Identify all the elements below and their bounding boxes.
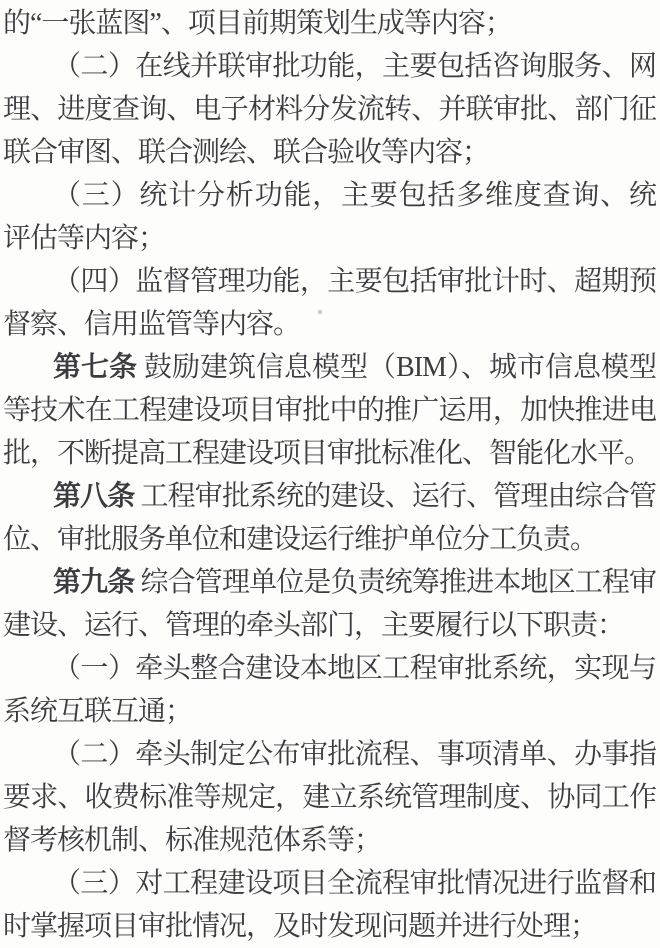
- text-line: 建设、运行、管理的牵头部门，主要履行以下职责：: [3, 604, 656, 647]
- text-line: 联合审图、联合测绘、联合验收等内容；: [3, 131, 656, 174]
- text-line: （三）对工程建设项目全流程审批情况进行监督和管理，实: [3, 862, 656, 905]
- text-line: 时掌握项目审批情况，及时发现问题并进行处理；: [3, 905, 656, 948]
- text-segment: 建设、运行、管理的牵头部门，主要履行以下职责：: [3, 610, 624, 641]
- text-segment: 系统互联互通；: [3, 696, 192, 727]
- text-line: （一）牵头整合建设本地区工程审批系统，实现与相关信息: [3, 647, 656, 690]
- text-line: 第七条 鼓励建筑信息模型（BIM）、城市信息模型（CIM）: [3, 346, 656, 389]
- text-line: 第八条 工程审批系统的建设、运行、管理由综合管理单: [3, 475, 656, 518]
- scan-speck: [318, 310, 322, 314]
- text-line: 要求、收费标准等规定，建立系统管理制度、协同工作机制、监: [3, 776, 656, 819]
- text-segment: （二）在线并联审批功能，主要包括咨询服务、网上申报受: [3, 51, 656, 88]
- text-segment: 的“一张蓝图”、项目前期策划生成等内容；: [3, 8, 512, 39]
- text-segment: （四）监督管理功能，主要包括审批计时、超期预警、效能: [3, 266, 656, 303]
- text-line: 位、审批服务单位和建设运行维护单位分工负责。: [3, 518, 656, 561]
- text-line: （四）监督管理功能，主要包括审批计时、超期预警、效能: [3, 260, 656, 303]
- text-segment: （三）统计分析功能，主要包括多维度查询、统计、分析、: [3, 180, 656, 217]
- text-line: 批，不断提高工程建设项目审批标准化、智能化水平。: [3, 432, 656, 475]
- text-line: （三）统计分析功能，主要包括多维度查询、统计、分析、: [3, 174, 656, 217]
- text-line: （二）在线并联审批功能，主要包括咨询服务、网上申报受: [3, 45, 656, 88]
- text-line: （二）牵头制定公布审批流程、事项清单、办事指南、时限: [3, 733, 656, 776]
- text-segment: 督考核机制、标准规范体系等；: [3, 825, 381, 856]
- document-page: 的“一张蓝图”、项目前期策划生成等内容；（二）在线并联审批功能，主要包括咨询服务…: [0, 0, 660, 948]
- text-segment: 联合审图、联合测绘、联合验收等内容；: [3, 137, 489, 168]
- text-segment: （一）牵头整合建设本地区工程审批系统，实现与相关信息: [3, 653, 656, 690]
- text-segment: 位、审批服务单位和建设运行维护单位分工负责。: [3, 524, 597, 555]
- text-segment: 评估等内容；: [3, 223, 165, 254]
- article-number: 第九条: [53, 567, 134, 598]
- text-segment: 督察、信用监管等内容。: [3, 309, 300, 340]
- text-segment: （二）牵头制定公布审批流程、事项清单、办事指南、时限: [3, 739, 656, 776]
- text-line: 评估等内容；: [3, 217, 656, 260]
- text-segment: 要求、收费标准等规定，建立系统管理制度、协同工作机制、监: [3, 782, 656, 819]
- text-line: 督察、信用监管等内容。: [3, 303, 656, 346]
- text-segment: 批，不断提高工程建设项目审批标准化、智能化水平。: [3, 438, 651, 469]
- text-line: 的“一张蓝图”、项目前期策划生成等内容；: [3, 2, 656, 45]
- text-segment: 理、进度查询、电子材料分发流转、并联审批、部门征求意见、: [3, 94, 656, 131]
- text-line: 系统互联互通；: [3, 690, 656, 733]
- text-line: 等技术在工程建设项目审批中的推广运用，加快推进电子辅助审: [3, 389, 656, 432]
- article-number: 第七条: [53, 352, 137, 383]
- text-line: 督考核机制、标准规范体系等；: [3, 819, 656, 862]
- text-segment: 等技术在工程建设项目审批中的推广运用，加快推进电子辅助审: [3, 395, 656, 432]
- document-text: 的“一张蓝图”、项目前期策划生成等内容；（二）在线并联审批功能，主要包括咨询服务…: [3, 2, 656, 948]
- text-segment: 时掌握项目审批情况，及时发现问题并进行处理；: [3, 911, 597, 942]
- text-line: 理、进度查询、电子材料分发流转、并联审批、部门征求意见、: [3, 88, 656, 131]
- article-number: 第八条: [53, 481, 134, 512]
- text-segment: （三）对工程建设项目全流程审批情况进行监督和管理，实: [3, 868, 656, 905]
- text-line: 第九条 综合管理单位是负责统筹推进本地区工程审批系统: [3, 561, 656, 604]
